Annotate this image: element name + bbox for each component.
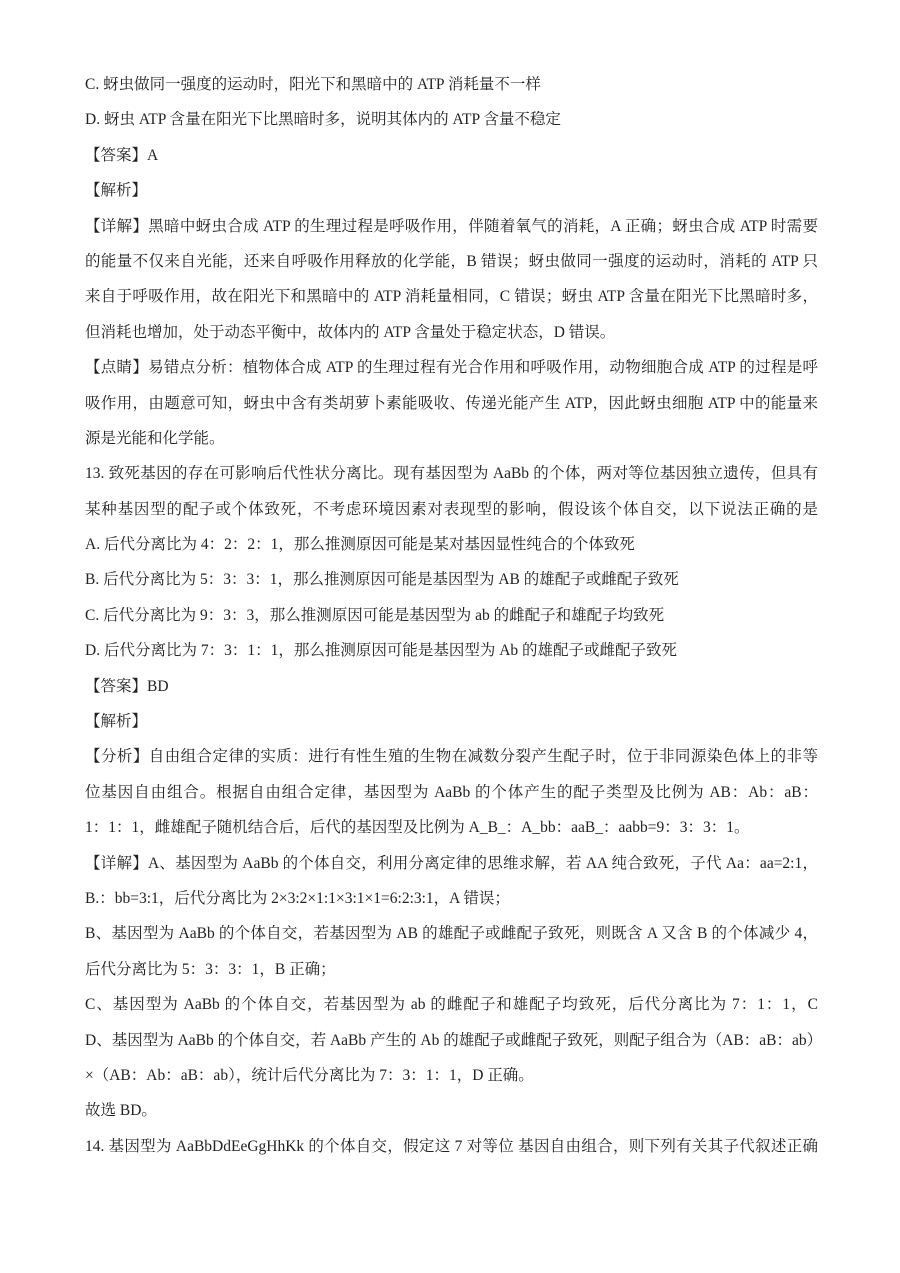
q12-option-c: C. 蚜虫做同一强度的运动时，阳光下和黑暗中的 ATP 消耗量不一样 (85, 67, 818, 102)
q13-detail-line: C、基因型为 AaBb 的个体自交，若基因型为 ab 的雌配子和雄配子均致死，后… (85, 987, 818, 1022)
q12-tip-line: 源是光能和化学能。 (85, 421, 818, 456)
q12-analysis-header: 【解析】 (85, 173, 818, 208)
q12-option-d: D. 蚜虫 ATP 含量在阳光下比黑暗时多，说明其体内的 ATP 含量不稳定 (85, 102, 818, 137)
q14-stem-line: 14. 基因型为 AaBbDdEeGgHhKk 的个体自交，假定这 7 对等位 … (85, 1129, 818, 1164)
q13-answer: 【答案】BD (85, 669, 818, 704)
q12-answer: 【答案】A (85, 138, 818, 173)
q13-detail-line: ×（AB：Ab：aB：ab），统计后代分离比为 7：3：1：1，D 正确。 (85, 1058, 818, 1093)
q13-option-b: B. 后代分离比为 5：3：3：1，那么推测原因可能是基因型为 AB 的雄配子或… (85, 562, 818, 597)
q13-detail-line: B.：bb=3:1，后代分离比为 2×3:2×1:1×3:1×1=6:2:3:1… (85, 881, 818, 916)
q12-detail-line: 的能量不仅来自光能，还来自呼吸作用释放的化学能，B 错误；蚜虫做同一强度的运动时… (85, 244, 818, 279)
q13-analysis-line: 位基因自由组合。根据自由组合定律，基因型为 AaBb 的个体产生的配子类型及比例… (85, 775, 818, 810)
q13-option-a: A. 后代分离比为 4：2：2：1，那么推测原因可能是某对基因显性纯合的个体致死 (85, 527, 818, 562)
q12-detail-line: 但消耗也增加，处于动态平衡中，故体内的 ATP 含量处于稳定状态，D 错误。 (85, 315, 818, 350)
q13-analysis-header: 【解析】 (85, 704, 818, 739)
q13-conclusion: 故选 BD。 (85, 1093, 818, 1128)
q13-option-c: C. 后代分离比为 9：3：3，那么推测原因可能是基因型为 ab 的雌配子和雄配… (85, 598, 818, 633)
q13-detail-line: D、基因型为 AaBb 的个体自交，若 AaBb 产生的 Ab 的雄配子或雌配子… (85, 1023, 818, 1058)
q13-stem-line: 某种基因型的配子或个体致死，不考虑环境因素对表现型的影响，假设该个体自交，以下说… (85, 492, 818, 527)
q13-detail-line: B、基因型为 AaBb 的个体自交，若基因型为 AB 的雄配子或雌配子致死，则既… (85, 916, 818, 951)
document-page: C. 蚜虫做同一强度的运动时，阳光下和黑暗中的 ATP 消耗量不一样 D. 蚜虫… (0, 0, 900, 1273)
q13-detail-line: 【详解】A、基因型为 AaBb 的个体自交，利用分离定律的思维求解，若 AA 纯… (85, 846, 818, 881)
q13-option-d: D. 后代分离比为 7：3：1：1，那么推测原因可能是基因型为 Ab 的雄配子或… (85, 633, 818, 668)
q12-tip-line: 吸作用，由题意可知，蚜虫中含有类胡萝卜素能吸收、传递光能产生 ATP，因此蚜虫细… (85, 386, 818, 421)
q13-analysis-line: 【分析】自由组合定律的实质：进行有性生殖的生物在减数分裂产生配子时，位于非同源染… (85, 739, 818, 774)
q13-detail-line: 后代分离比为 5：3：3：1，B 正确； (85, 952, 818, 987)
q12-tip-line: 【点睛】易错点分析：植物体合成 ATP 的生理过程有光合作用和呼吸作用，动物细胞… (85, 350, 818, 385)
q13-analysis-line: 1：1：1，雌雄配子随机结合后，后代的基因型及比例为 A_B_：A_bb：aaB… (85, 810, 818, 845)
q12-detail-line: 来自于呼吸作用，故在阳光下和黑暗中的 ATP 消耗量相同，C 错误；蚜虫 ATP… (85, 279, 818, 314)
q13-stem-line: 13. 致死基因的存在可影响后代性状分离比。现有基因型为 AaBb 的个体，两对… (85, 456, 818, 491)
q12-detail-line: 【详解】黑暗中蚜虫合成 ATP 的生理过程是呼吸作用，伴随着氧气的消耗，A 正确… (85, 209, 818, 244)
